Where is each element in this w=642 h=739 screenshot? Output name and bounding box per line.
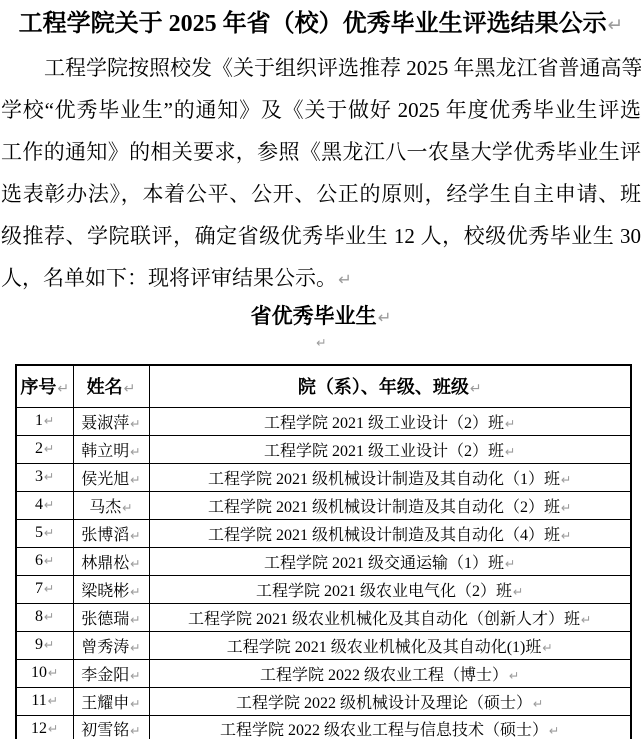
cell-class-text: 工程学院 2021 级机械设计制造及其自动化（4）班 bbox=[208, 527, 560, 544]
cell-class-text: 工程学院 2021 级机械设计制造及其自动化（1）班 bbox=[208, 471, 560, 488]
cell-no-text: 7 bbox=[35, 580, 43, 597]
pilcrow-mark: ↵ bbox=[129, 556, 140, 571]
cell-class: 工程学院 2021 级工业设计（2）班↵ bbox=[149, 407, 631, 435]
pilcrow-mark: ↵ bbox=[129, 472, 140, 487]
cell-no-text: 4 bbox=[35, 496, 43, 513]
pilcrow-mark: ↵ bbox=[129, 528, 140, 543]
cell-class: 工程学院 2022 级农业工程（博士）↵ bbox=[149, 659, 631, 687]
pilcrow-mark: ↵ bbox=[129, 723, 140, 738]
paragraph-line: 学校“优秀毕业生”的通知》及《关于做好 2025 年度优秀毕业生评选 bbox=[1, 89, 641, 131]
table-row: 2↵韩立明↵工程学院 2021 级工业设计（2）班↵ bbox=[16, 435, 631, 463]
graduates-table: 序号↵ 姓名↵ 院（系）、年级、班级↵ 1↵聂淑萍↵工程学院 2021 级工业设… bbox=[15, 364, 632, 739]
table-row: 10↵李金阳↵工程学院 2022 级农业工程（博士）↵ bbox=[16, 659, 631, 687]
pilcrow-mark: ↵ bbox=[43, 525, 54, 540]
pilcrow-mark: ↵ bbox=[129, 444, 140, 459]
cell-class-text: 工程学院 2021 级交通运输（1）班 bbox=[264, 555, 504, 572]
pilcrow-mark: ↵ bbox=[560, 528, 571, 543]
cell-name: 初雪铭↵ bbox=[73, 715, 149, 739]
pilcrow-mark: ↵ bbox=[43, 581, 54, 596]
cell-name-text: 林鼎松 bbox=[81, 555, 129, 572]
table-row: 6↵林鼎松↵工程学院 2021 级交通运输（1）班↵ bbox=[16, 547, 631, 575]
table-row: 4↵马杰↵工程学院 2021 级机械设计制造及其自动化（2）班↵ bbox=[16, 491, 631, 519]
cell-no: 9↵ bbox=[16, 631, 73, 659]
pilcrow-mark: ↵ bbox=[607, 15, 624, 36]
pilcrow-mark: ↵ bbox=[47, 693, 58, 708]
cell-name: 梁晓彬↵ bbox=[73, 575, 149, 603]
pilcrow-mark: ↵ bbox=[469, 381, 482, 397]
section-heading: 省优秀毕业生↵ bbox=[0, 301, 642, 333]
pilcrow-mark: ↵ bbox=[43, 497, 54, 512]
document-page: 工程学院关于 2025 年省（校）优秀毕业生评选结果公示↵ 工程学院按照校发《关… bbox=[0, 0, 642, 739]
cell-name-text: 李金阳 bbox=[81, 667, 129, 684]
cell-class-text: 工程学院 2022 级农业工程与信息技术（硕士） bbox=[220, 722, 548, 739]
cell-name-text: 马杰 bbox=[89, 499, 121, 516]
pilcrow-mark: ↵ bbox=[121, 500, 132, 515]
cell-name: 韩立明↵ bbox=[73, 435, 149, 463]
pilcrow-mark: ↵ bbox=[56, 381, 69, 397]
paragraph-line: 工作的通知》的相关要求，参照《黑龙江八一农垦大学优秀毕业生评 bbox=[1, 131, 641, 173]
table-header-row: 序号↵ 姓名↵ 院（系）、年级、班级↵ bbox=[16, 365, 631, 407]
pilcrow-mark: ↵ bbox=[123, 381, 136, 397]
paragraph-line-text: 工程学院按照校发《关于组织评选推荐 2025 年黑龙江省普通高等 bbox=[44, 56, 641, 80]
pilcrow-mark: ↵ bbox=[548, 723, 559, 738]
paragraph-line-text: 级推荐、学院联评，确定省级优秀毕业生 12 人，校级优秀毕业生 30 bbox=[1, 224, 641, 248]
cell-name: 李金阳↵ bbox=[73, 659, 149, 687]
cell-class: 工程学院 2021 级农业电气化（2）班↵ bbox=[149, 575, 631, 603]
cell-no-text: 6 bbox=[35, 552, 43, 569]
document-title: 工程学院关于 2025 年省（校）优秀毕业生评选结果公示↵ bbox=[0, 0, 642, 41]
cell-no-text: 9 bbox=[35, 636, 43, 653]
pilcrow-mark: ↵ bbox=[129, 640, 140, 655]
paragraph-line: 人，名单如下：现将评审结果公示。↵ bbox=[1, 257, 641, 299]
pilcrow-mark: ↵ bbox=[337, 270, 352, 289]
paragraph-line-text: 人，名单如下：现将评审结果公示。 bbox=[1, 266, 337, 290]
pilcrow-mark: ↵ bbox=[47, 665, 58, 680]
cell-name-text: 初雪铭 bbox=[81, 722, 129, 739]
cell-name-text: 张博滔 bbox=[81, 527, 129, 544]
cell-no-text: 5 bbox=[35, 524, 43, 541]
cell-class: 工程学院 2021 级机械设计制造及其自动化（1）班↵ bbox=[149, 463, 631, 491]
cell-name: 聂淑萍↵ bbox=[73, 407, 149, 435]
cell-no: 11↵ bbox=[16, 687, 73, 715]
cell-name: 林鼎松↵ bbox=[73, 547, 149, 575]
cell-no: 3↵ bbox=[16, 463, 73, 491]
cell-class: 工程学院 2021 级农业机械化及其自动化(1)班↵ bbox=[149, 631, 631, 659]
cell-no-text: 2 bbox=[35, 440, 43, 457]
cell-name-text: 张德瑞 bbox=[81, 611, 129, 628]
cell-name-text: 梁晓彬 bbox=[81, 583, 129, 600]
cell-class-text: 工程学院 2022 级农业工程（博士） bbox=[260, 667, 508, 684]
pilcrow-mark: ↵ bbox=[129, 696, 140, 711]
cell-no-text: 10 bbox=[31, 664, 47, 681]
pilcrow-mark: ↵ bbox=[560, 500, 571, 515]
pilcrow-mark: ↵ bbox=[580, 612, 591, 627]
table-row: 5↵张博滔↵工程学院 2021 级机械设计制造及其自动化（4）班↵ bbox=[16, 519, 631, 547]
cell-no: 2↵ bbox=[16, 435, 73, 463]
header-no-text: 序号 bbox=[20, 377, 56, 397]
pilcrow-mark: ↵ bbox=[43, 441, 54, 456]
cell-no: 10↵ bbox=[16, 659, 73, 687]
cell-class-text: 工程学院 2021 级农业电气化（2）班 bbox=[256, 583, 512, 600]
pilcrow-mark: ↵ bbox=[560, 472, 571, 487]
cell-class: 工程学院 2021 级工业设计（2）班↵ bbox=[149, 435, 631, 463]
cell-name: 王耀申↵ bbox=[73, 687, 149, 715]
cell-no-text: 3 bbox=[35, 468, 43, 485]
header-cell-no: 序号↵ bbox=[16, 365, 73, 407]
cell-no-text: 1 bbox=[35, 412, 43, 429]
header-name-text: 姓名 bbox=[87, 377, 123, 397]
document-title-text: 工程学院关于 2025 年省（校）优秀毕业生评选结果公示 bbox=[19, 11, 607, 37]
table-row: 12↵初雪铭↵工程学院 2022 级农业工程与信息技术（硕士）↵ bbox=[16, 715, 631, 739]
pilcrow-mark: ↵ bbox=[504, 556, 515, 571]
pilcrow-mark: ↵ bbox=[504, 416, 515, 431]
table-row: 9↵曾秀涛↵工程学院 2021 级农业机械化及其自动化(1)班↵ bbox=[16, 631, 631, 659]
pilcrow-mark: ↵ bbox=[541, 640, 552, 655]
paragraph-line-text: 工作的通知》的相关要求，参照《黑龙江八一农垦大学优秀毕业生评 bbox=[1, 140, 641, 164]
pilcrow-mark: ↵ bbox=[43, 413, 54, 428]
pilcrow-mark: ↵ bbox=[532, 696, 543, 711]
cell-name-text: 韩立明 bbox=[81, 443, 129, 460]
cell-no: 5↵ bbox=[16, 519, 73, 547]
table-row: 8↵张德瑞↵工程学院 2021 级农业机械化及其自动化（创新人才）班↵ bbox=[16, 603, 631, 631]
cell-class-text: 工程学院 2022 级机械设计及理论（硕士） bbox=[236, 695, 532, 712]
cell-no: 4↵ bbox=[16, 491, 73, 519]
pilcrow-mark: ↵ bbox=[377, 308, 392, 327]
table-row: 1↵聂淑萍↵工程学院 2021 级工业设计（2）班↵ bbox=[16, 407, 631, 435]
table-row: 7↵梁晓彬↵工程学院 2021 级农业电气化（2）班↵ bbox=[16, 575, 631, 603]
paragraph-line: 级推荐、学院联评，确定省级优秀毕业生 12 人，校级优秀毕业生 30 bbox=[1, 215, 641, 257]
cell-class-text: 工程学院 2021 级工业设计（2）班 bbox=[264, 415, 504, 432]
cell-no: 6↵ bbox=[16, 547, 73, 575]
cell-class-text: 工程学院 2021 级农业机械化及其自动化（创新人才）班 bbox=[188, 611, 580, 628]
pilcrow-mark: ↵ bbox=[43, 637, 54, 652]
cell-no: 12↵ bbox=[16, 715, 73, 739]
cell-name-text: 侯光旭 bbox=[81, 471, 129, 488]
cell-name: 侯光旭↵ bbox=[73, 463, 149, 491]
cell-class: 工程学院 2022 级机械设计及理论（硕士）↵ bbox=[149, 687, 631, 715]
pilcrow-mark: ↵ bbox=[43, 609, 54, 624]
section-heading-text: 省优秀毕业生 bbox=[251, 304, 377, 328]
cell-no-text: 11 bbox=[31, 692, 46, 709]
pilcrow-mark: ↵ bbox=[504, 444, 515, 459]
header-class-text: 院（系）、年级、班级 bbox=[298, 377, 469, 397]
paragraph-line: 选表彰办法》，本着公平、公开、公正的原则，经学生自主申请、班 bbox=[1, 173, 641, 215]
pilcrow-mark: ↵ bbox=[129, 584, 140, 599]
cell-no-text: 12 bbox=[31, 720, 47, 737]
paragraph-line-text: 选表彰办法》，本着公平、公开、公正的原则，经学生自主申请、班 bbox=[1, 182, 641, 206]
paragraph-line: 工程学院按照校发《关于组织评选推荐 2025 年黑龙江省普通高等 bbox=[1, 47, 641, 89]
pilcrow-mark: ↵ bbox=[315, 335, 326, 350]
cell-no: 7↵ bbox=[16, 575, 73, 603]
pilcrow-mark: ↵ bbox=[512, 584, 523, 599]
table-row: 3↵侯光旭↵工程学院 2021 级机械设计制造及其自动化（1）班↵ bbox=[16, 463, 631, 491]
cell-name: 马杰↵ bbox=[73, 491, 149, 519]
cell-name-text: 王耀申 bbox=[81, 695, 129, 712]
pilcrow-mark: ↵ bbox=[47, 721, 58, 736]
cell-name: 张博滔↵ bbox=[73, 519, 149, 547]
cell-no: 8↵ bbox=[16, 603, 73, 631]
cell-class: 工程学院 2021 级交通运输（1）班↵ bbox=[149, 547, 631, 575]
table-row: 11↵王耀申↵工程学院 2022 级机械设计及理论（硕士）↵ bbox=[16, 687, 631, 715]
cell-class: 工程学院 2021 级机械设计制造及其自动化（2）班↵ bbox=[149, 491, 631, 519]
pilcrow-mark: ↵ bbox=[129, 668, 140, 683]
pilcrow-mark: ↵ bbox=[508, 668, 519, 683]
header-cell-class: 院（系）、年级、班级↵ bbox=[149, 365, 631, 407]
header-cell-name: 姓名↵ bbox=[73, 365, 149, 407]
cell-class-text: 工程学院 2021 级工业设计（2）班 bbox=[264, 443, 504, 460]
graduates-table-body: 1↵聂淑萍↵工程学院 2021 级工业设计（2）班↵2↵韩立明↵工程学院 202… bbox=[16, 407, 631, 739]
pilcrow-mark: ↵ bbox=[129, 416, 140, 431]
cell-name: 张德瑞↵ bbox=[73, 603, 149, 631]
pilcrow-mark: ↵ bbox=[129, 612, 140, 627]
empty-paragraph: ↵ bbox=[0, 333, 642, 353]
paragraph-line-text: 学校“优秀毕业生”的通知》及《关于做好 2025 年度优秀毕业生评选 bbox=[1, 98, 641, 122]
body-paragraph: 工程学院按照校发《关于组织评选推荐 2025 年黑龙江省普通高等学校“优秀毕业生… bbox=[0, 47, 642, 299]
cell-class-text: 工程学院 2021 级机械设计制造及其自动化（2）班 bbox=[208, 499, 560, 516]
pilcrow-mark: ↵ bbox=[43, 469, 54, 484]
cell-name: 曾秀涛↵ bbox=[73, 631, 149, 659]
graduates-table-header: 序号↵ 姓名↵ 院（系）、年级、班级↵ bbox=[16, 365, 631, 407]
cell-class: 工程学院 2021 级农业机械化及其自动化（创新人才）班↵ bbox=[149, 603, 631, 631]
cell-name-text: 曾秀涛 bbox=[81, 639, 129, 656]
pilcrow-mark: ↵ bbox=[43, 553, 54, 568]
cell-no: 1↵ bbox=[16, 407, 73, 435]
cell-class-text: 工程学院 2021 级农业机械化及其自动化(1)班 bbox=[227, 639, 542, 656]
cell-class: 工程学院 2022 级农业工程与信息技术（硕士）↵ bbox=[149, 715, 631, 739]
cell-name-text: 聂淑萍 bbox=[81, 415, 129, 432]
cell-class: 工程学院 2021 级机械设计制造及其自动化（4）班↵ bbox=[149, 519, 631, 547]
cell-no-text: 8 bbox=[35, 608, 43, 625]
